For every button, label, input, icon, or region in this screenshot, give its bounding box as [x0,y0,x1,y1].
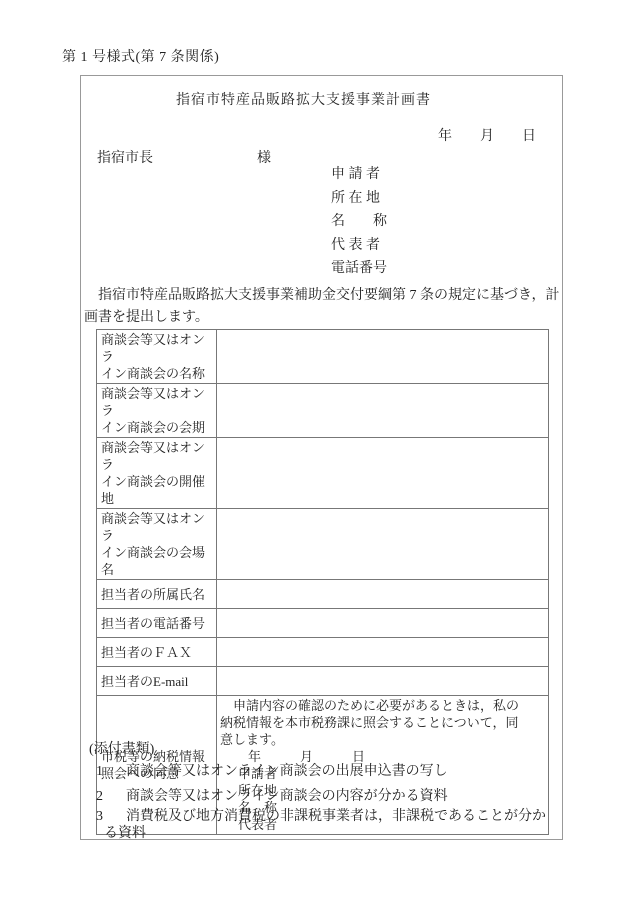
applicant-phone-label: 電話番号 [331,257,387,281]
addressee-label: 指宿市長 [97,147,153,167]
attachment-1-text: 商談会等又はオンライン商談会の出展申込書の写し [126,764,448,779]
form-number-label: 第 1 号様式(第 7 条関係) [62,46,219,66]
attachment-item-1: 1商談会等又はオンライン商談会の出展申込書の写し [96,763,553,780]
event-location-label: 商談会等又はオンラ イン商談会の開催地 [97,438,217,509]
attachments-heading: (添付書類) [89,740,553,759]
row-contact-phone: 担当者の電話番号 [97,609,549,638]
addressee-line: 指宿市長 様 [97,147,271,167]
applicant-field-label: 申 請 者 [331,163,387,187]
row-contact-affiliation: 担当者の所属氏名 [97,580,549,609]
applicant-name-label: 名 称 [331,210,387,234]
contact-email-value-cell [217,667,549,696]
event-name-label: 商談会等又はオンラ イン商談会の名称 [97,330,217,384]
event-period-label: 商談会等又はオンラ イン商談会の会期 [97,384,217,438]
applicant-address-label: 所 在 地 [331,187,387,211]
contact-affiliation-label: 担当者の所属氏名 [97,580,217,609]
honorific-label: 様 [257,147,271,167]
form-border-box: 指宿市特産品販路拡大支援事業計画書 年 月 日 指宿市長 様 申 請 者 所 在… [80,75,563,840]
attachment-3-text: 消費税及び地方消費税の非課税事業者は，非課税であることが分かる資料 [104,809,546,841]
attachment-item-3: 3消費税及び地方消費税の非課税事業者は，非課税であることが分かる資料 [96,808,553,842]
contact-email-label: 担当者のE-mail [97,667,217,696]
contact-fax-label: 担当者のＦＡＸ [97,638,217,667]
row-event-location: 商談会等又はオンラ イン商談会の開催地 [97,438,549,509]
event-location-value-cell [217,438,549,509]
event-venue-label: 商談会等又はオンラ イン商談会の会場名 [97,509,217,580]
attachment-1-number: 1 [96,763,126,780]
attachment-2-number: 2 [96,788,126,805]
event-period-value-cell [217,384,549,438]
document-page: 第 1 号様式(第 7 条関係) 指宿市特産品販路拡大支援事業計画書 年 月 日… [0,0,630,903]
date-line: 年 月 日 [81,125,562,145]
contact-phone-label: 担当者の電話番号 [97,609,217,638]
attachment-2-text: 商談会等又はオンライン商談会の内容が分かる資料 [126,789,448,804]
attachments-section: (添付書類) 1商談会等又はオンライン商談会の出展申込書の写し 2商談会等又はオ… [89,740,553,842]
contact-phone-value-cell [217,609,549,638]
contact-fax-value-cell [217,638,549,667]
row-event-name: 商談会等又はオンラ イン商談会の名称 [97,330,549,384]
attachment-item-2: 2商談会等又はオンライン商談会の内容が分かる資料 [96,788,553,805]
event-venue-value-cell [217,509,549,580]
event-name-value-cell [217,330,549,384]
form-title: 指宿市特産品販路拡大支援事業計画書 [81,89,562,109]
attachment-3-number: 3 [96,808,126,825]
row-contact-fax: 担当者のＦＡＸ [97,638,549,667]
row-contact-email: 担当者のE-mail [97,667,549,696]
contact-affiliation-value-cell [217,580,549,609]
applicant-block: 申 請 者 所 在 地 名 称 代 表 者 電話番号 [331,163,387,281]
row-event-venue: 商談会等又はオンラ イン商談会の会場名 [97,509,549,580]
applicant-representative-label: 代 表 者 [331,234,387,258]
submission-statement: 指宿市特産品販路拡大支援事業補助金交付要綱第 7 条の規定に基づき，計 画書を提… [84,285,561,329]
row-event-period: 商談会等又はオンラ イン商談会の会期 [97,384,549,438]
attachments-list: 1商談会等又はオンライン商談会の出展申込書の写し 2商談会等又はオンライン商談会… [96,763,553,842]
